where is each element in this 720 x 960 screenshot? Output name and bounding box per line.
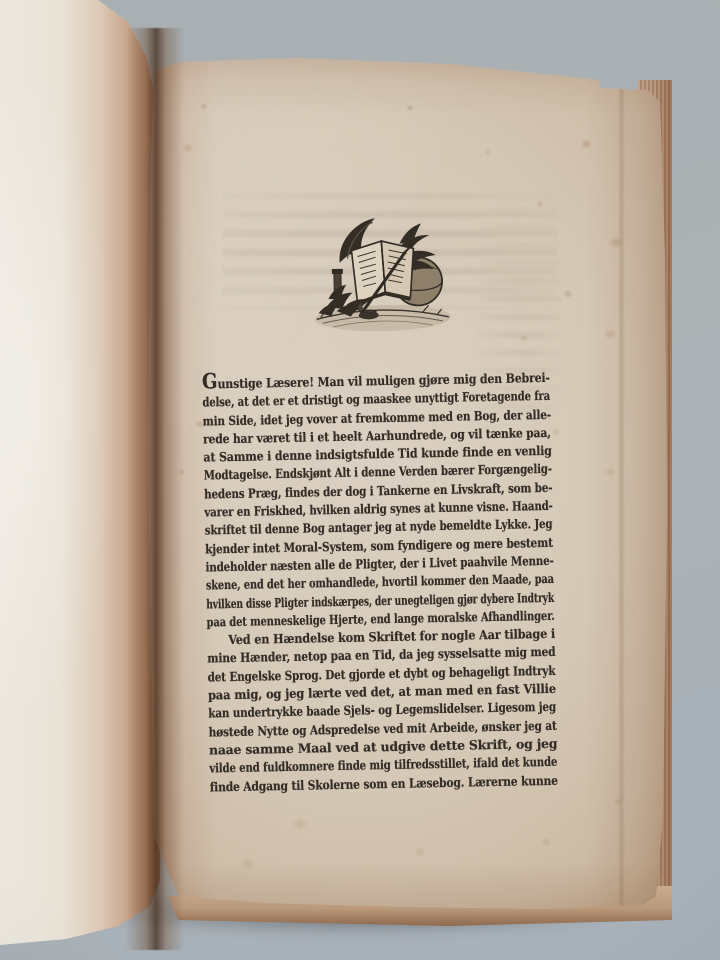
drop-cap-initial: G (202, 368, 218, 393)
book-photo-scene: Gunstige Læsere! Man vil muligen gjøre m… (0, 0, 720, 960)
gutter-shadow (126, 28, 184, 950)
printed-content: Gunstige Læsere! Man vil muligen gjøre m… (140, 51, 678, 921)
recto-page: Gunstige Læsere! Man vil muligen gjøre m… (148, 56, 670, 916)
preface-text-block: Gunstige Læsere! Man vil muligen gjøre m… (202, 369, 558, 796)
book-globe-vignette-icon (301, 212, 471, 339)
text-line-rest: unstige Læsere! Man vil muligen gjøre mi… (217, 370, 550, 391)
